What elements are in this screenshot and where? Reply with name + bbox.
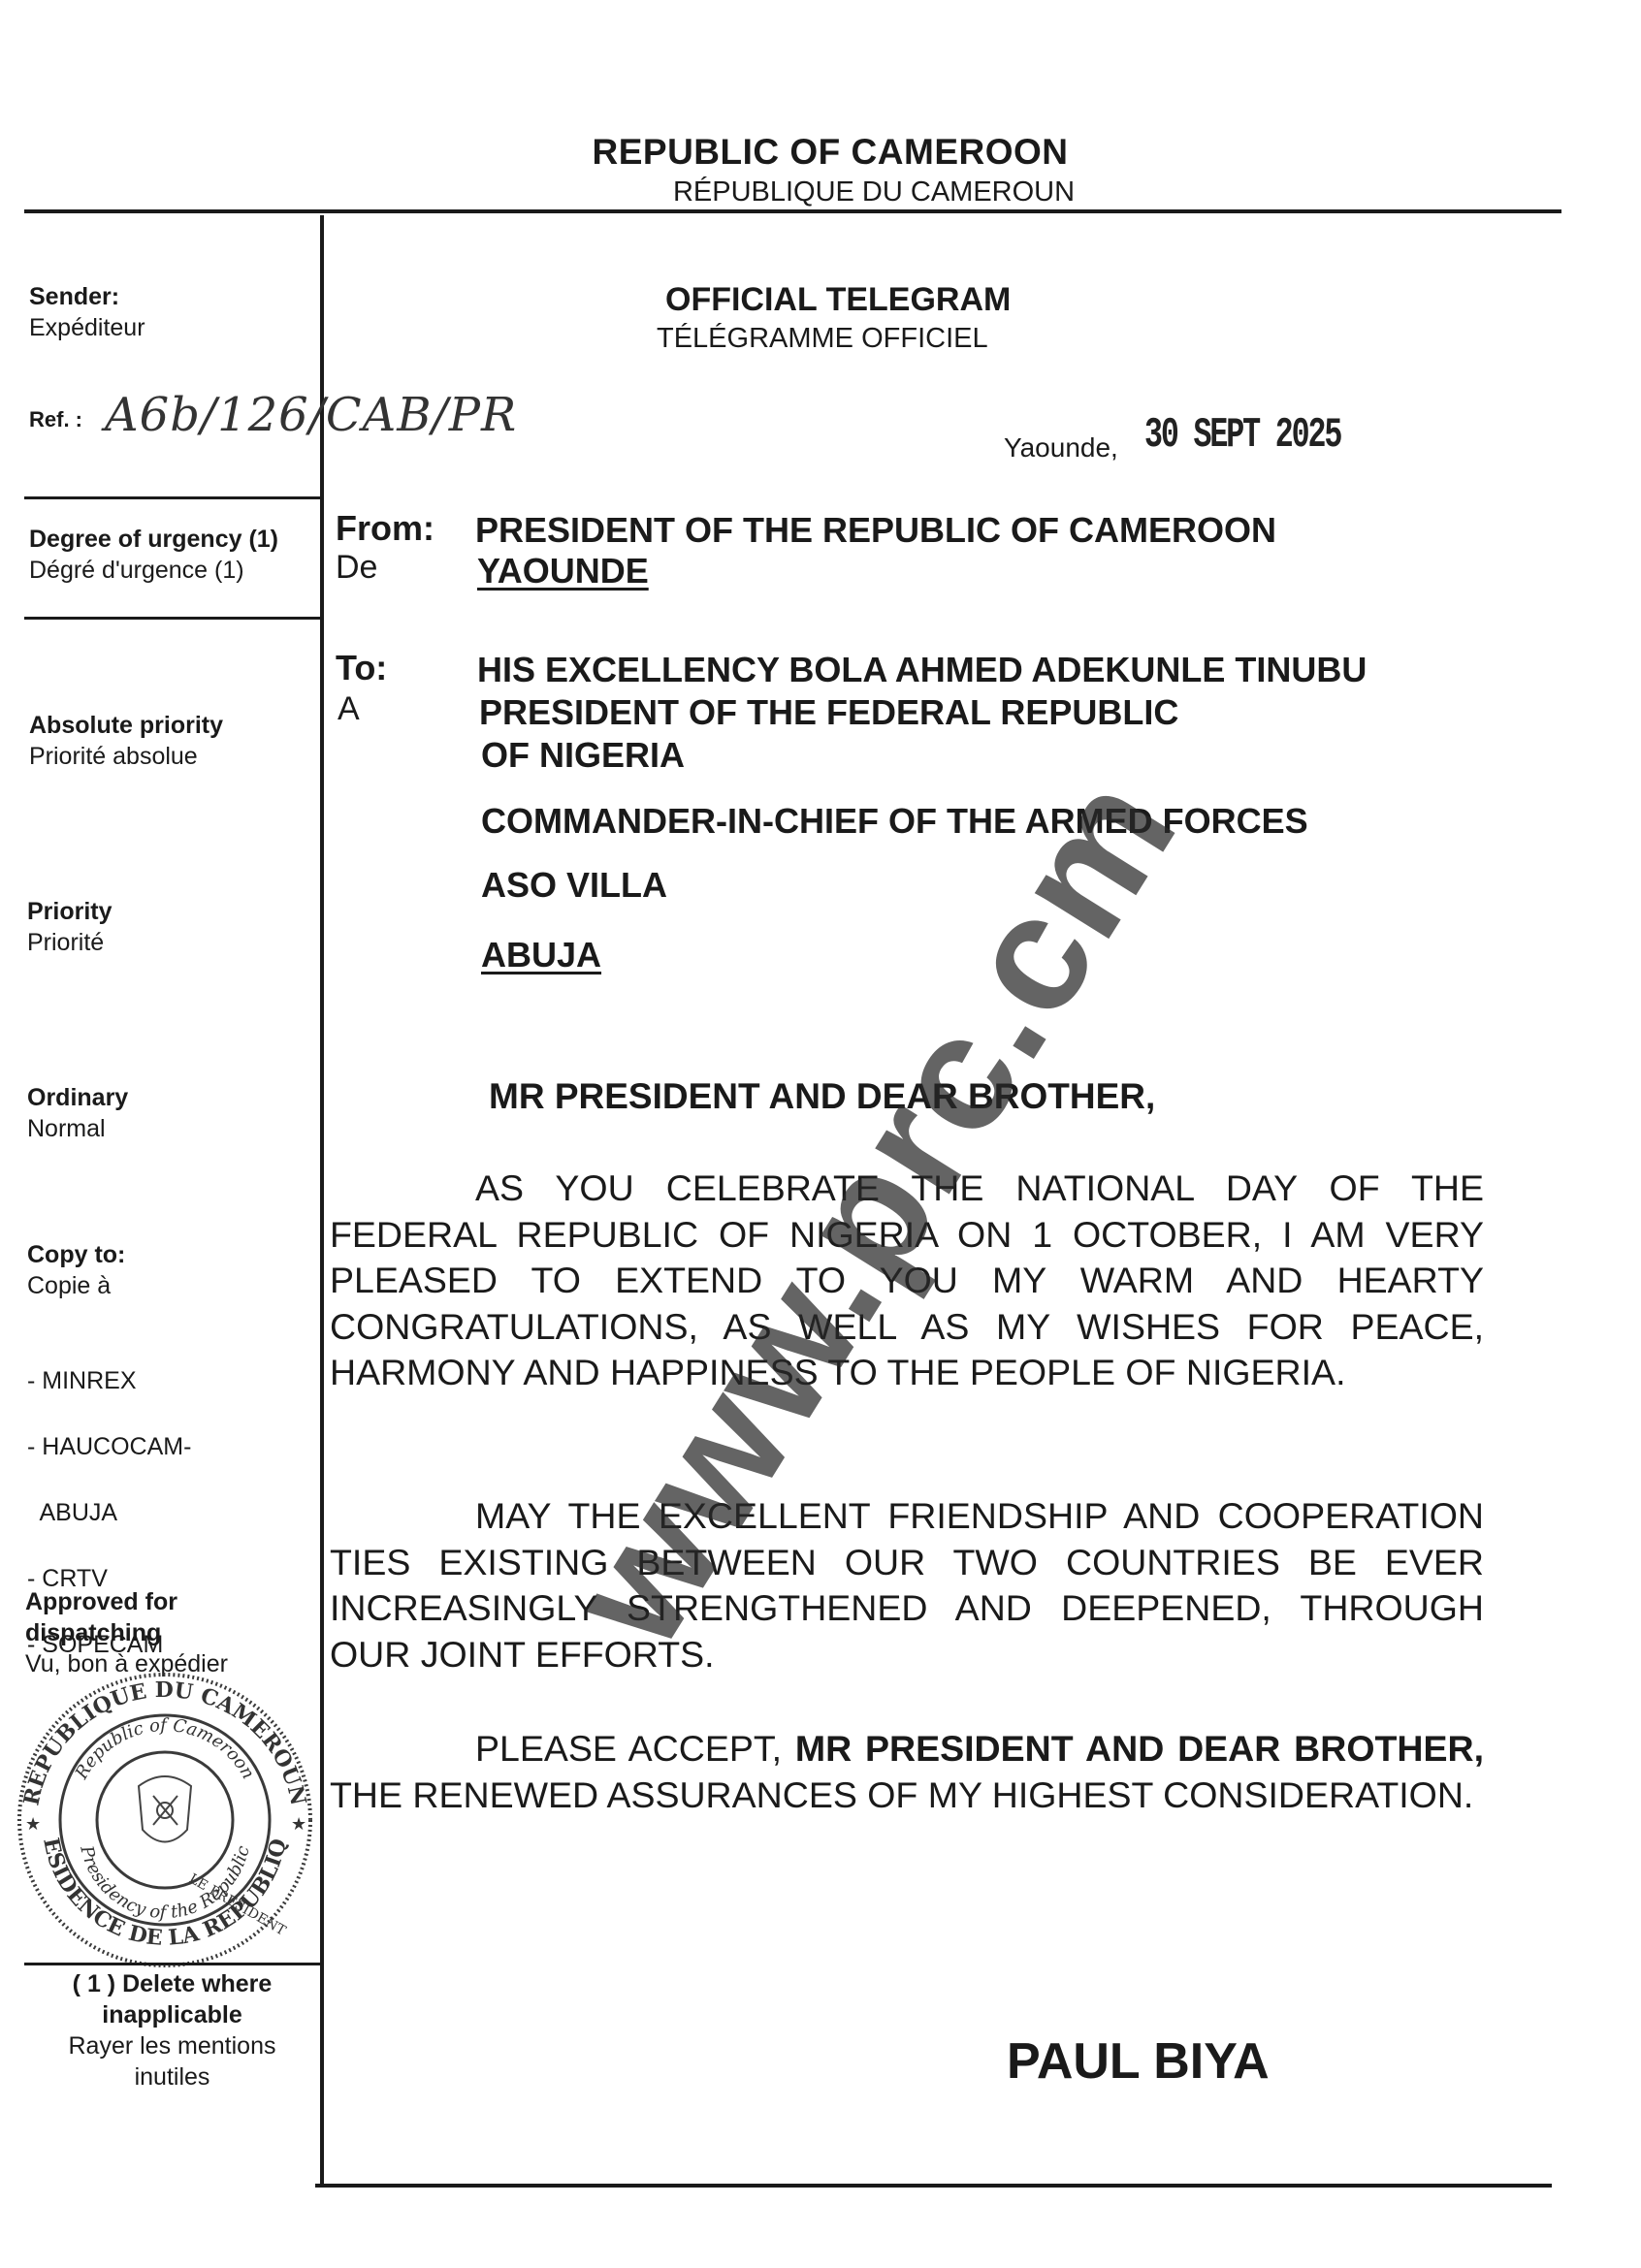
svg-text:Republic of Cameroon: Republic of Cameroon xyxy=(71,1715,258,1783)
footnote-line-4: inutiles xyxy=(24,2061,320,2092)
paragraph-3-text: PLEASE ACCEPT, xyxy=(475,1728,795,1769)
priority-option: Priority Priorité xyxy=(27,896,113,958)
to-line-2: PRESIDENT OF THE FEDERAL REPUBLIC xyxy=(479,692,1178,733)
copy-to-block: Copy to: Copie à xyxy=(27,1239,125,1301)
place-label: Yaounde, xyxy=(1004,432,1118,463)
paragraph-3-bold: MR PRESIDENT AND DEAR BROTHER, xyxy=(795,1728,1484,1769)
salutation: MR PRESIDENT AND DEAR BROTHER, xyxy=(489,1076,1155,1117)
top-rule xyxy=(24,209,1561,213)
priority-label: Priority xyxy=(27,896,113,927)
from-line-1: PRESIDENT OF THE REPUBLIC OF CAMEROON xyxy=(475,510,1276,551)
svg-text:★: ★ xyxy=(25,1814,41,1834)
divider xyxy=(24,617,320,620)
approved-label: Approved for xyxy=(25,1586,228,1617)
paragraph-2: MAY THE EXCELLENT FRIENDSHIP AND COOPERA… xyxy=(330,1493,1484,1677)
to-line-1: HIS EXCELLENCY BOLA AHMED ADEKUNLE TINUB… xyxy=(477,650,1367,690)
ordinary-option: Ordinary Normal xyxy=(27,1082,128,1144)
paragraph-3: PLEASE ACCEPT, MR PRESIDENT AND DEAR BRO… xyxy=(330,1726,1484,1818)
from-label: From: xyxy=(336,508,434,549)
stamp-outer-top-text: REPUBLIQUE DU CAMEROUN xyxy=(19,1677,311,1807)
urgency-label: Degree of urgency (1) xyxy=(29,524,278,555)
sender-block: Sender: Expéditeur xyxy=(29,281,145,343)
svg-text:★: ★ xyxy=(291,1814,306,1834)
urgency-block: Degree of urgency (1) Dégré d'urgence (1… xyxy=(29,524,278,586)
coat-of-arms-icon xyxy=(139,1776,191,1842)
from-line-2: YAOUNDE xyxy=(477,551,649,591)
copy-recipient: - HAUCOCAM- xyxy=(27,1431,191,1462)
footnote-line-3: Rayer les mentions xyxy=(24,2030,320,2061)
divider xyxy=(24,496,320,499)
footnote: ( 1 ) Delete where inapplicable Rayer le… xyxy=(24,1968,320,2092)
sender-label-fr: Expéditeur xyxy=(29,312,145,343)
date-stamp: 30 SEPT 2025 xyxy=(1144,411,1340,460)
presidential-seal-stamp: REPUBLIQUE DU CAMEROUN PRESIDENCE DE LA … xyxy=(8,1660,322,1970)
paragraph-1: AS YOU CELEBRATE THE NATIONAL DAY OF THE… xyxy=(330,1166,1484,1396)
document-title: OFFICIAL TELEGRAM xyxy=(665,281,1011,319)
ordinary-label-fr: Normal xyxy=(27,1113,128,1144)
svg-text:REPUBLIQUE DU CAMEROUN: REPUBLIQUE DU CAMEROUN xyxy=(19,1677,311,1807)
urgency-label-fr: Dégré d'urgence (1) xyxy=(29,555,278,586)
to-line-4: COMMANDER-IN-CHIEF OF THE ARMED FORCES xyxy=(481,801,1308,842)
country-title-fr: RÉPUBLIQUE DU CAMEROUN xyxy=(0,176,1641,208)
priority-label-fr: Priorité xyxy=(27,927,113,958)
approved-label-2: dispatching xyxy=(25,1617,228,1648)
absolute-priority-label: Absolute priority xyxy=(29,710,223,741)
to-line-5: ASO VILLA xyxy=(481,865,667,906)
bottom-rule xyxy=(315,2184,1552,2188)
copy-to-label-fr: Copie à xyxy=(27,1270,125,1301)
document-title-fr: TÉLÉGRAMME OFFICIEL xyxy=(657,323,988,355)
divider xyxy=(24,1963,320,1965)
copy-recipient: - MINREX xyxy=(27,1365,191,1396)
ref-label: Ref. : xyxy=(29,407,82,432)
country-title-en: REPUBLIC OF CAMEROON xyxy=(0,132,1641,173)
to-label: To: xyxy=(336,648,387,688)
to-label-fr: A xyxy=(338,690,360,728)
ref-handwritten: A6b/126/CAB/PR xyxy=(105,388,517,442)
paragraph-3-text-end: THE RENEWED ASSURANCES OF MY HIGHEST CON… xyxy=(330,1774,1473,1815)
copy-recipient: ABUJA xyxy=(27,1497,191,1528)
absolute-priority-label-fr: Priorité absolue xyxy=(29,741,223,772)
sender-label: Sender: xyxy=(29,281,145,312)
footnote-line-2: inapplicable xyxy=(24,1999,320,2030)
to-line-6: ABUJA xyxy=(481,935,601,975)
to-line-3: OF NIGERIA xyxy=(481,735,685,776)
stamp-inner-top-text: Republic of Cameroon xyxy=(71,1715,258,1783)
ordinary-label: Ordinary xyxy=(27,1082,128,1113)
signature-name: PAUL BIYA xyxy=(1007,2032,1270,2091)
absolute-priority-option: Absolute priority Priorité absolue xyxy=(29,710,223,772)
copy-to-label: Copy to: xyxy=(27,1239,125,1270)
from-label-fr: De xyxy=(336,549,377,587)
footnote-line-1: ( 1 ) Delete where xyxy=(73,1970,273,1997)
